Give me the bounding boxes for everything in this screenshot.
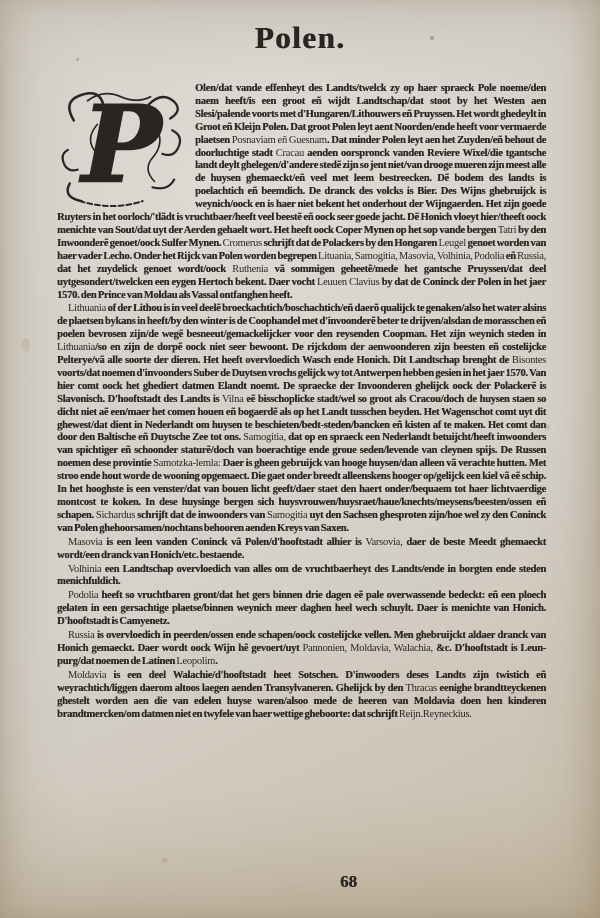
- text-run: Cracau: [276, 148, 304, 159]
- text-run: schrijft dat de inwoonders van: [135, 510, 267, 521]
- text-run: Posnaviam eñ Guesnam: [232, 135, 327, 146]
- foxing-spot: [162, 858, 168, 863]
- text-run: Pannonien, Moldavia, Walachia,: [302, 643, 432, 654]
- drop-cap-ornament: P: [57, 85, 187, 207]
- page-number: 68: [340, 872, 357, 892]
- text-run: Lithuania: [57, 342, 95, 353]
- drop-cap: P: [57, 85, 187, 207]
- text-run: Samogitia,: [243, 432, 286, 443]
- text-run: schrijft dat de Polackers by den Hongare…: [262, 238, 438, 249]
- text-run: Thracas: [406, 683, 437, 694]
- text-run: dat het zuydelick genoet wordt/oock: [57, 264, 232, 275]
- text-run: Moldavia: [68, 670, 106, 681]
- text-body: P Olen/dat vande effenheyt des Landts/tw…: [57, 83, 546, 721]
- text-run: Masovia: [68, 537, 102, 548]
- text-run: Lithuania: [68, 303, 106, 314]
- drop-cap-letter: P: [79, 85, 165, 207]
- text-run: een Landtschap overvloedich van alles om…: [57, 564, 546, 588]
- text-run: Samotzka-lemla:: [153, 458, 220, 469]
- text-run: Varsovia,: [365, 537, 402, 548]
- text-run: Ruthenia: [232, 264, 268, 275]
- text-run: heeft so vruchtbaren gront/dat het gers …: [57, 590, 546, 627]
- text-run: Leopolim: [176, 656, 215, 667]
- text-run: Cromerus: [223, 238, 262, 249]
- text-run: Samogitia: [267, 510, 307, 521]
- text-run: is een leen vanden Coninck vã Polen/d'ho…: [102, 537, 365, 548]
- text-run: /so en zijn de dorpẽ oock niet seer bewo…: [57, 342, 546, 366]
- text-run: Tatri: [498, 225, 516, 236]
- text-run: Bisontes: [512, 355, 546, 366]
- text-run: Leuuen Clavius: [317, 277, 379, 288]
- paragraph-1: P Olen/dat vande effenheyt des Landts/tw…: [57, 83, 546, 302]
- text-run: Lituania, Samogitia, Masovia, Volhinia, …: [318, 251, 504, 262]
- foxing-spot: [22, 338, 30, 352]
- paragraph-5: Podolia heeft so vruchtbaren gront/dat h…: [57, 590, 546, 629]
- text-run: Podolia: [68, 590, 98, 601]
- text-run: of der Lithou is in veel deelẽ broeckach…: [57, 303, 546, 340]
- text-run: Sichardus: [96, 510, 135, 521]
- paragraph-2: Lithuania of der Lithou is in veel deelẽ…: [57, 303, 546, 535]
- text-run: Vilna: [222, 394, 243, 405]
- paragraph-4: Volhinia een Landtschap overvloedich van…: [57, 564, 546, 590]
- paragraph-7: Moldavia is een deel Walachie/d'hooftsta…: [57, 670, 546, 722]
- page-title: Polen.: [0, 20, 600, 56]
- text-run: Leugel: [438, 238, 466, 249]
- text-run: Russia,: [517, 251, 546, 262]
- text-run: Volhinia: [68, 564, 101, 575]
- text-run: Reijn.Reyneckius.: [399, 709, 472, 720]
- book-page: Polen. P Olen/dat vande eff: [0, 0, 600, 918]
- text-run: Russia: [68, 630, 95, 641]
- paragraph-3: Masovia is een leen vanden Coninck vã Po…: [57, 537, 546, 563]
- text-run: .: [215, 656, 217, 667]
- paragraph-6: Russia is overvloedich in peerden/ossen …: [57, 630, 546, 669]
- foxing-spot: [76, 58, 79, 61]
- text-run: eñ: [504, 251, 517, 262]
